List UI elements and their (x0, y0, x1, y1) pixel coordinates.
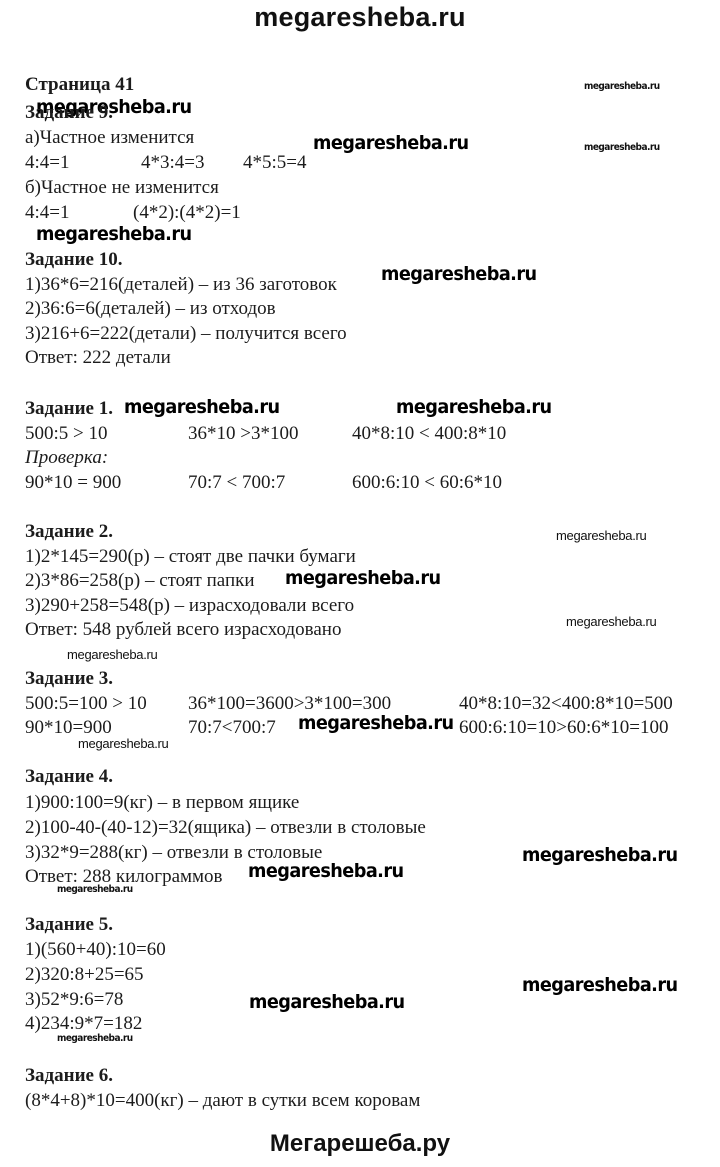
task-line: 4)234:9*7=182 (25, 1014, 142, 1033)
task-line: 1)36*6=216(деталей) – из 36 заготовок (25, 275, 337, 294)
task-line: 1)(560+40):10=60 (25, 940, 166, 959)
watermark: megaresheba.ru (584, 143, 660, 153)
task-cell: 4:4=1 (25, 203, 70, 222)
watermark: megaresheba.ru (124, 398, 280, 417)
task-answer: Ответ: 548 рублей всего израсходовано (25, 620, 341, 639)
task-line: б)Частное не изменится (25, 178, 219, 197)
watermark: megaresheba.ru (566, 615, 656, 628)
task-answer: Ответ: 222 детали (25, 348, 171, 367)
task-title: Задание 3. (25, 669, 113, 688)
watermark: megaresheba.ru (78, 737, 168, 750)
task-cell: 4:4=1 (25, 153, 70, 172)
task-title: Задание 9. (25, 103, 113, 122)
task-cell: 70:7 < 700:7 (188, 473, 285, 492)
task-cell: 70:7<700:7 (188, 718, 276, 737)
task-cell: (4*2):(4*2)=1 (133, 203, 241, 222)
task-cell: 36*10 >3*100 (188, 424, 298, 443)
task-cell: 4*3:4=3 (141, 153, 205, 172)
watermark: megaresheba.ru (556, 529, 646, 542)
task-cell: 90*10 = 900 (25, 473, 121, 492)
task-title: Задание 2. (25, 522, 113, 541)
watermark: megaresheba.ru (57, 1034, 133, 1044)
task-cell: 600:6:10=10>60:6*10=100 (459, 718, 668, 737)
task-line: 3)290+258=548(р) – израсходовали всего (25, 596, 354, 615)
task-line: 2)36:6=6(деталей) – из отходов (25, 299, 276, 318)
task-line: 2)3*86=258(р) – стоят папки (25, 571, 255, 590)
task-cell: 90*10=900 (25, 718, 112, 737)
watermark: megaresheba.ru (522, 976, 678, 995)
task-line: 2)320:8+25=65 (25, 965, 144, 984)
task-line: 1)900:100=9(кг) – в первом ящике (25, 793, 299, 812)
watermark: megaresheba.ru (522, 846, 678, 865)
task-title: Задание 5. (25, 915, 113, 934)
watermark: megaresheba.ru (381, 265, 537, 284)
task-title: Задание 1. (25, 399, 113, 418)
task-cell: 4*5:5=4 (243, 153, 307, 172)
watermark: megaresheba.ru (285, 569, 441, 588)
task-cell: 40*8:10 < 400:8*10 (352, 424, 506, 443)
watermark: megaresheba.ru (248, 862, 404, 881)
watermark: megaresheba.ru (36, 225, 192, 244)
task-line: 3)216+6=222(детали) – получится всего (25, 324, 347, 343)
task-line: а)Частное изменится (25, 128, 194, 147)
watermark: megaresheba.ru (67, 648, 157, 661)
task-cell: 600:6:10 < 60:6*10 (352, 473, 502, 492)
task-cell: 36*100=3600>3*100=300 (188, 694, 391, 713)
task-line: 1)2*145=290(р) – стоят две пачки бумаги (25, 547, 356, 566)
watermark: megaresheba.ru (584, 82, 660, 92)
watermark: megaresheba.ru (57, 885, 133, 895)
task-cell: 500:5 > 10 (25, 424, 108, 443)
watermark: megaresheba.ru (396, 398, 552, 417)
task-cell: 40*8:10=32<400:8*10=500 (459, 694, 673, 713)
site-footer-watermark: Мегарешеба.ру (0, 1130, 720, 1158)
task-cell: 500:5=100 > 10 (25, 694, 147, 713)
watermark: megaresheba.ru (249, 993, 405, 1012)
task-title: Задание 10. (25, 250, 122, 269)
task-line: 3)52*9:6=78 (25, 990, 123, 1009)
task-title: Задание 4. (25, 767, 113, 786)
check-label: Проверка: (25, 448, 108, 467)
watermark: megaresheba.ru (298, 714, 454, 733)
page-title: Страница 41 (25, 75, 134, 94)
task-line: (8*4+8)*10=400(кг) – дают в сутки всем к… (25, 1091, 420, 1110)
watermark: megaresheba.ru (313, 134, 469, 153)
task-title: Задание 6. (25, 1066, 113, 1085)
task-line: 2)100-40-(40-12)=32(ящика) – отвезли в с… (25, 818, 426, 837)
site-header-watermark: megaresheba.ru (0, 2, 720, 33)
